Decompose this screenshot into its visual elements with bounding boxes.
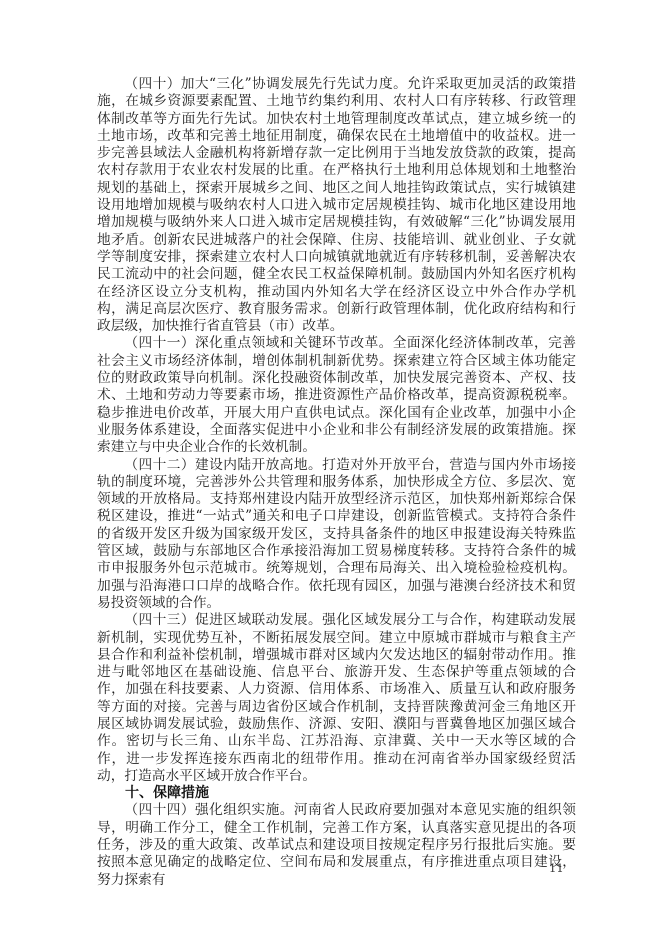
page-number: 11: [549, 861, 564, 875]
paragraph-42: （四十二）建设内陆开放高地。打造对外开放平台，营造与国内外市场接轨的制度环境，完…: [97, 457, 576, 613]
paragraph-41: （四十一）深化重点领域和关键环节改革。全面深化经济体制改革，完善社会主义市场经济…: [97, 335, 576, 456]
document-page: （四十）加大“三化”协调发展先行先试力度。允许采取更加灵活的政策措施，在城乡资源…: [0, 0, 661, 935]
paragraph-40: （四十）加大“三化”协调发展先行先试力度。允许采取更加灵活的政策措施，在城乡资源…: [97, 76, 576, 335]
paragraph-44: （四十四）强化组织实施。河南省人民政府要加强对本意见实施的组织领导，明确工作分工…: [97, 802, 576, 888]
section-heading-safeguard-measures: 十、保障措施: [97, 785, 576, 802]
paragraph-43: （四十三）促进区域联动发展。强化区域发展分工与合作，构建联动发展新机制，实现优势…: [97, 612, 576, 785]
document-body: （四十）加大“三化”协调发展先行先试力度。允许采取更加灵活的政策措施，在城乡资源…: [97, 76, 576, 889]
